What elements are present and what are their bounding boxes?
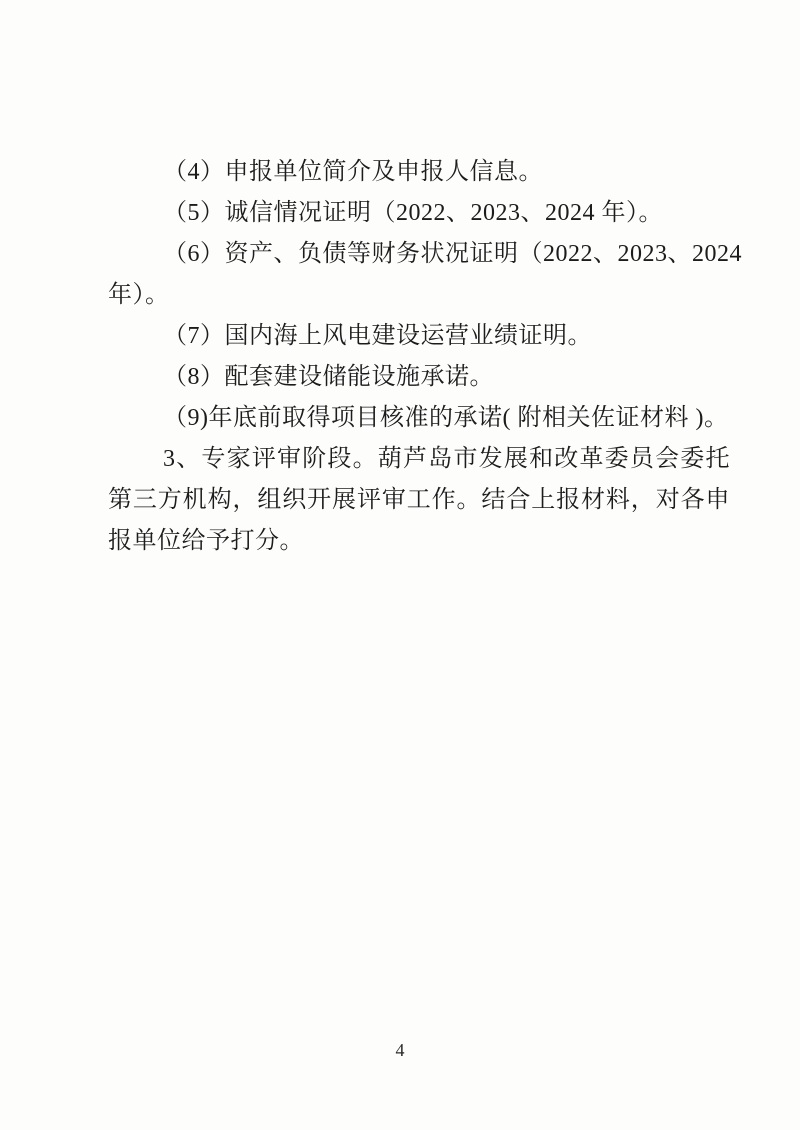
document-line: （8）配套建设储能设施承诺。 [108,357,730,398]
page-number: 4 [0,1040,800,1061]
document-line: （4）申报单位简介及申报人信息。 [108,152,730,193]
document-line: 报单位给予打分。 [108,521,730,562]
document-line: 年）。 [108,275,730,316]
document-line: 第三方机构，组织开展评审工作。结合上报材料，对各申 [108,480,730,521]
document-body: （4）申报单位简介及申报人信息。 （5）诚信情况证明（2022、2023、202… [108,152,730,562]
document-line: （7）国内海上风电建设运营业绩证明。 [108,316,730,357]
document-line: （6）资产、负债等财务状况证明（2022、2023、2024 [108,234,730,275]
document-page: （4）申报单位简介及申报人信息。 （5）诚信情况证明（2022、2023、202… [0,0,800,1130]
document-line: 3、专家评审阶段。葫芦岛市发展和改革委员会委托 [108,439,730,480]
document-line: （5）诚信情况证明（2022、2023、2024 年）。 [108,193,730,234]
document-line: （9)年底前取得项目核准的承诺( 附相关佐证材料 )。 [108,398,730,439]
